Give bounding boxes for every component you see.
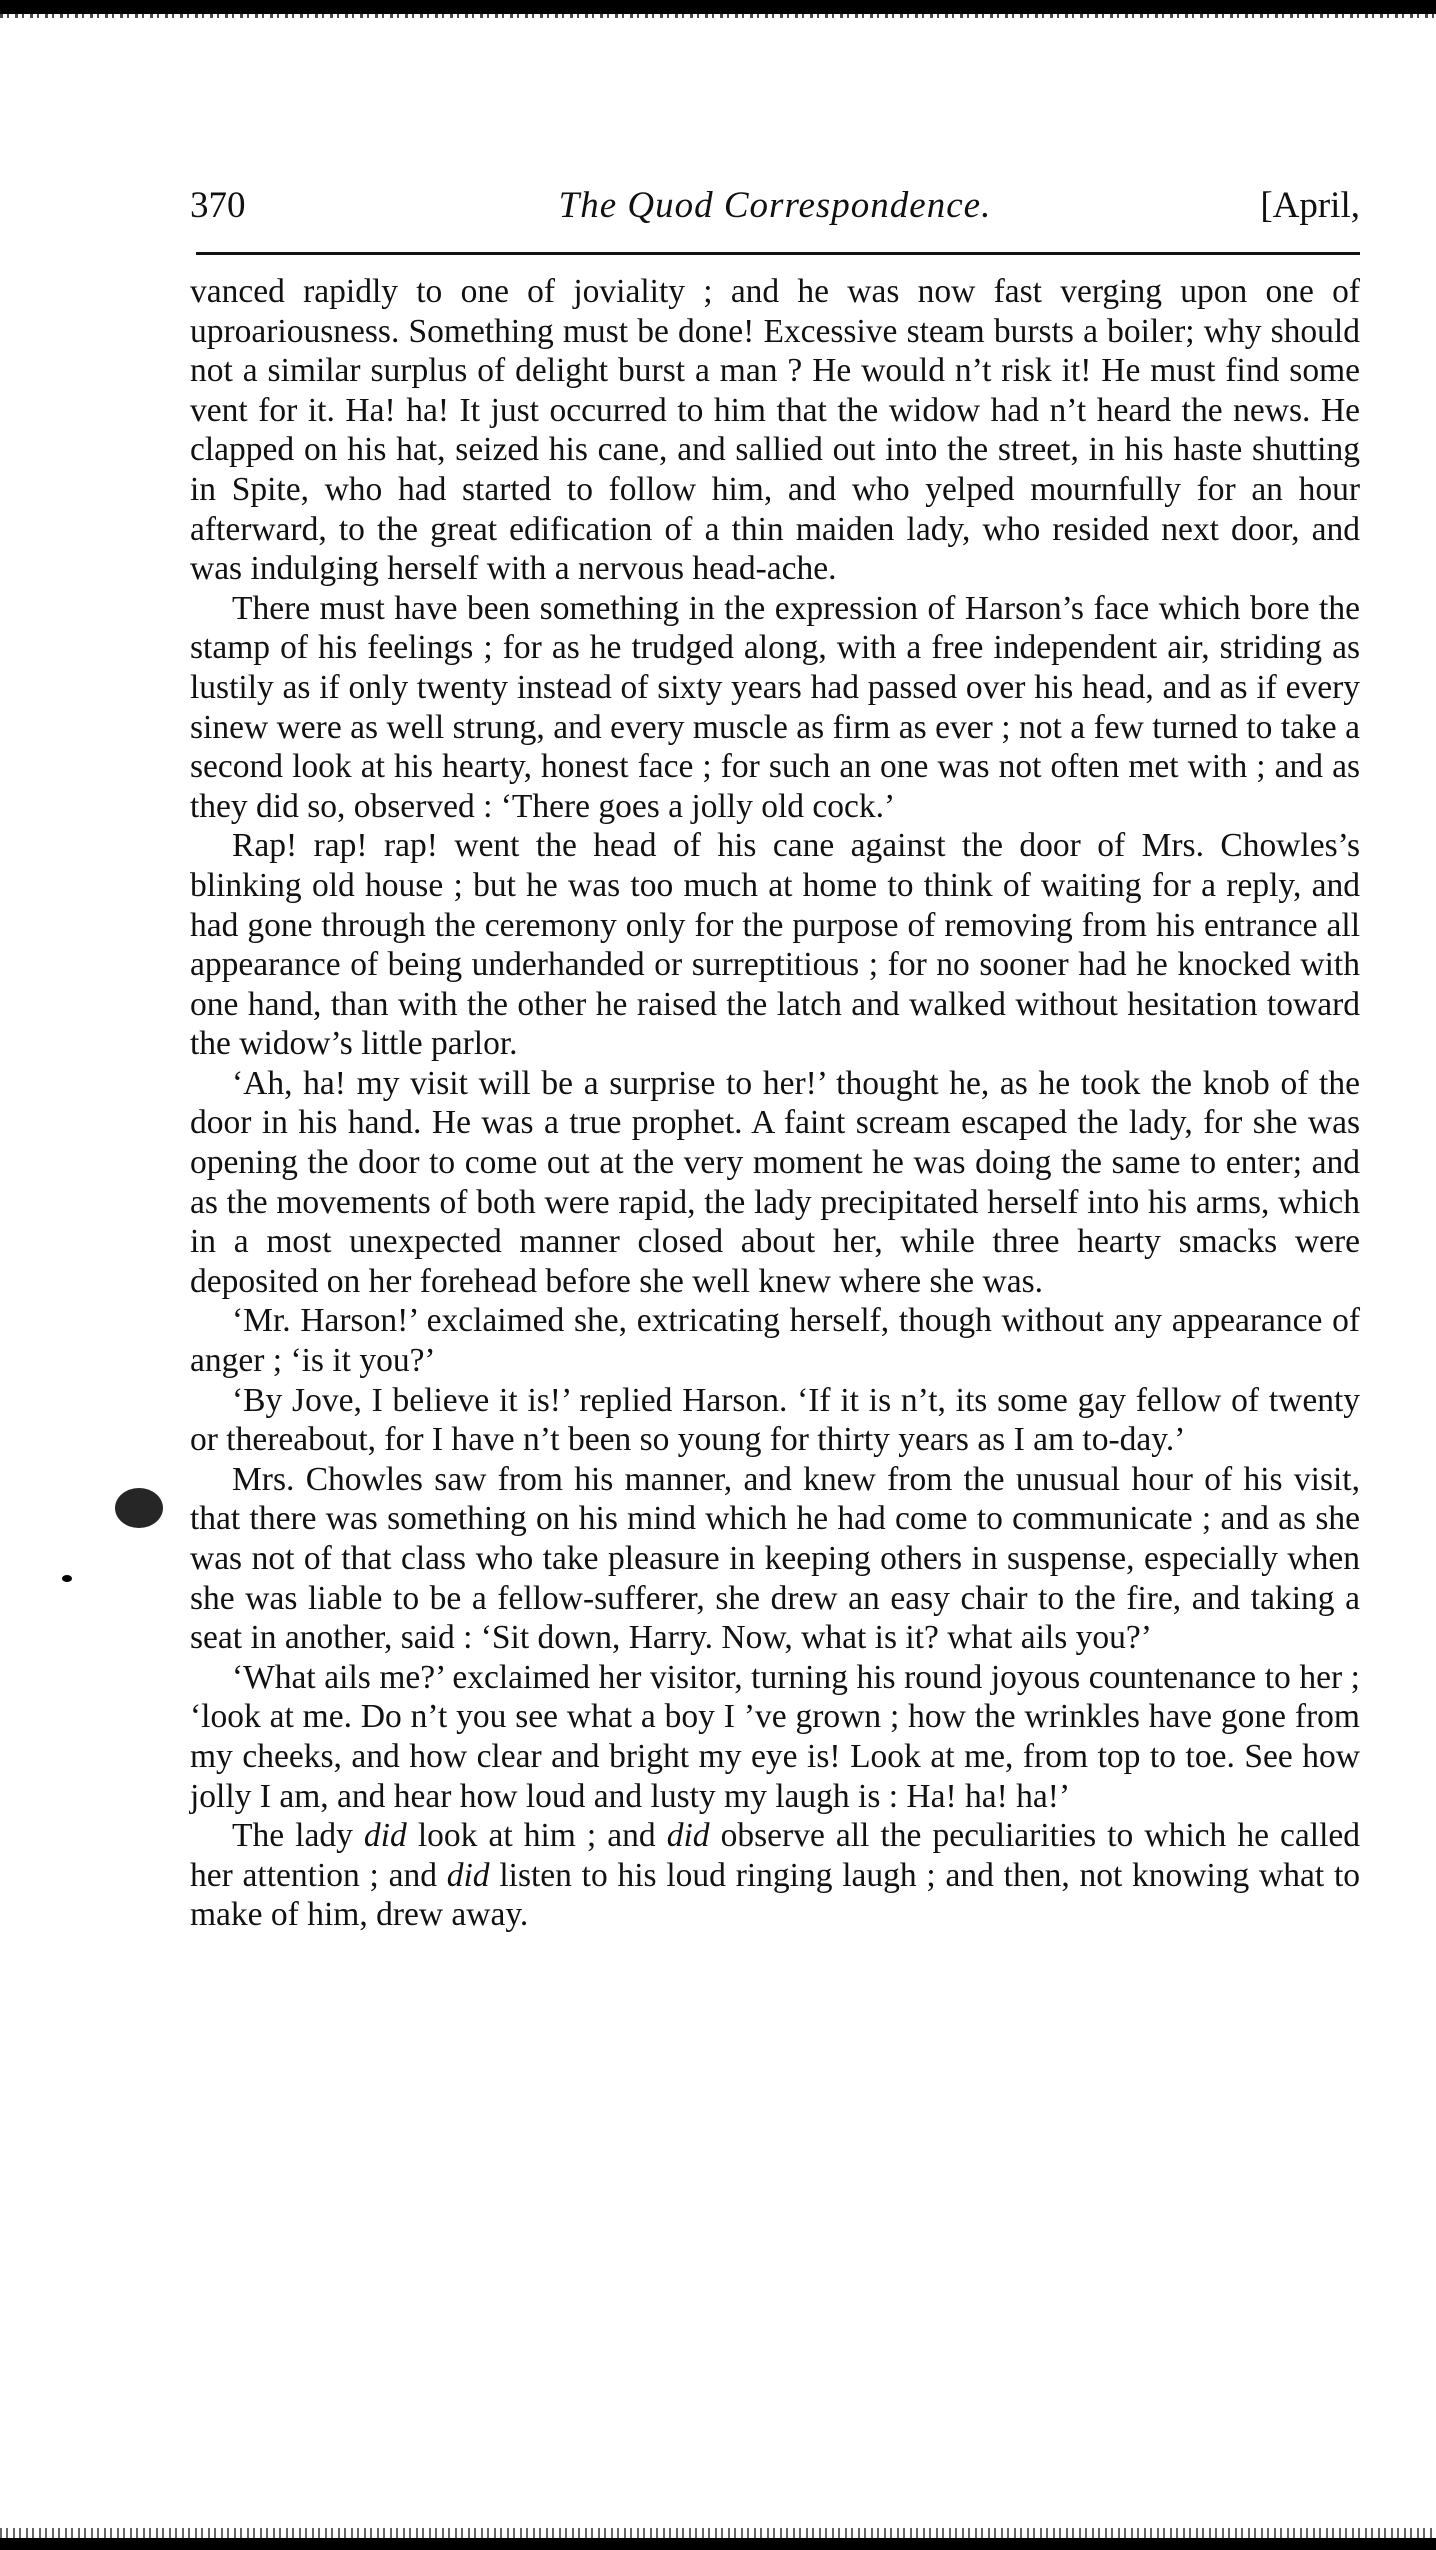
scan-border-top-noise <box>0 10 1436 18</box>
paragraph: Rap! rap! rap! went the head of his cane… <box>190 826 1360 1064</box>
body-text: vanced rapidly to one of joviality ; and… <box>190 272 1360 1935</box>
scan-border-bottom <box>0 2538 1436 2550</box>
header-month: [April, <box>1260 184 1360 227</box>
paragraph-last: The lady did look at him ; and did obser… <box>190 1816 1360 1935</box>
paragraph: ‘Ah, ha! my visit will be a surprise to … <box>190 1064 1360 1302</box>
text-run: The lady <box>232 1817 364 1854</box>
emphasis: did <box>364 1817 407 1854</box>
paragraph: vanced rapidly to one of joviality ; and… <box>190 272 1360 589</box>
emphasis: did <box>667 1817 710 1854</box>
page-header: 370 The Quod Correspondence. [April, <box>190 180 1360 230</box>
emphasis: did <box>447 1857 490 1894</box>
text-run: look at him ; and <box>407 1817 667 1854</box>
paragraph: There must have been something in the ex… <box>190 589 1360 827</box>
running-title: The Quod Correspondence. <box>190 184 1360 227</box>
ink-blot <box>115 1488 163 1528</box>
paragraph: ‘Mr. Harson!’ exclaimed she, extricating… <box>190 1301 1360 1380</box>
paragraph: Mrs. Chowles saw from his manner, and kn… <box>190 1460 1360 1658</box>
paragraph: ‘By Jove, I believe it is!’ replied Hars… <box>190 1381 1360 1460</box>
paragraph: ‘What ails me?’ exclaimed her visitor, t… <box>190 1658 1360 1816</box>
header-rule <box>196 252 1360 255</box>
ink-speck <box>62 1575 72 1582</box>
